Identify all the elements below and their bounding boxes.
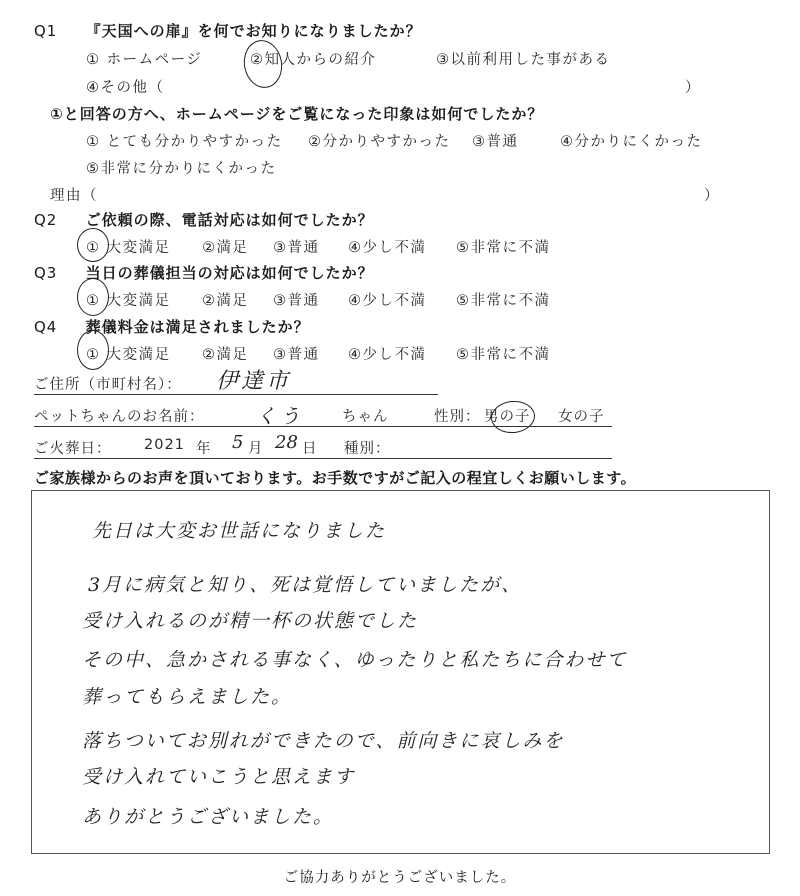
- day-value[interactable]: 28: [275, 432, 298, 453]
- type-label: 種別：: [344, 437, 391, 458]
- q2-number: Q2: [34, 211, 57, 229]
- q4-text: 葬儀料金は満足されましたか？: [86, 318, 310, 336]
- q1-reason-close: ）: [704, 184, 720, 205]
- q4-option-2[interactable]: ②満足: [202, 343, 249, 364]
- year-value[interactable]: 2021: [144, 437, 185, 453]
- q1-sub-option-4[interactable]: ④分かりにくかった: [560, 130, 703, 151]
- q2-text: ご依頼の際、電話対応は如何でしたか？: [86, 211, 374, 229]
- q1-number: Q1: [34, 22, 57, 40]
- q1-reason-label: 理由（: [50, 184, 98, 205]
- message-line-3: 受け入れるのが精一杯の状態でした: [82, 606, 418, 633]
- message-line-6: 落ちついてお別れができたので、前向きに哀しみを: [82, 726, 564, 753]
- day-label: 日: [302, 437, 318, 458]
- pet-name-suffix: ちゃん: [342, 405, 389, 426]
- q2-option-4[interactable]: ④少し不満: [348, 236, 427, 257]
- pet-name-value[interactable]: くう: [256, 400, 304, 429]
- q1-question: Q1 『天国への扉』を何でお知りになりましたか？: [34, 20, 422, 41]
- message-line-8: ありがとうございました。: [82, 802, 334, 829]
- message-line-4: その中、急かされる事なく、ゆったりと私たちに合わせて: [82, 645, 627, 672]
- gender-label: 性別：: [434, 405, 481, 426]
- cremation-date-underline: [34, 458, 612, 459]
- footer-thanks: ご協力ありがとうございました。: [0, 866, 800, 887]
- q1-selected-circle: [240, 37, 286, 91]
- pet-name-label: ペットちゃんのお名前：: [34, 405, 205, 426]
- message-line-5: 葬ってもらえました。: [82, 682, 292, 709]
- q4-option-5[interactable]: ⑤非常に不満: [456, 343, 551, 364]
- q1-sub-option-3[interactable]: ③普通: [472, 130, 519, 151]
- q4-selected-circle: [77, 330, 109, 370]
- q2-question: Q2 ご依頼の際、電話対応は如何でしたか？: [34, 209, 374, 230]
- cremation-date-label: ご火葬日：: [34, 437, 112, 458]
- q3-option-2[interactable]: ②満足: [202, 289, 249, 310]
- month-value[interactable]: 5: [232, 432, 243, 453]
- q1-sub-option-5[interactable]: ⑤非常に分かりにくかった: [86, 157, 277, 178]
- q2-option-5[interactable]: ⑤非常に不満: [456, 236, 551, 257]
- pet-name-underline: [34, 426, 612, 427]
- message-box[interactable]: [31, 490, 770, 854]
- gender-option-girl[interactable]: 女の子: [558, 405, 605, 426]
- message-line-2: 3月に病気と知り、死は覚悟していましたが、: [88, 570, 522, 597]
- q1-option-1[interactable]: ① ホームページ: [86, 48, 202, 69]
- q1-option-4-close: ）: [685, 76, 701, 97]
- q2-option-2[interactable]: ②満足: [202, 236, 249, 257]
- q3-option-4[interactable]: ④少し不満: [348, 289, 427, 310]
- q3-option-5[interactable]: ⑤非常に不満: [456, 289, 551, 310]
- q1-text: 『天国への扉』を何でお知りになりましたか？: [86, 22, 422, 40]
- address-underline: [34, 394, 438, 395]
- q1-option-4[interactable]: ④その他（: [86, 76, 165, 97]
- month-label: 月: [248, 437, 264, 458]
- q3-selected-circle: [77, 278, 109, 316]
- q3-option-3[interactable]: ③普通: [273, 289, 320, 310]
- message-line-1: 先日は大変お世話になりました: [92, 516, 386, 543]
- q3-text: 当日の葬儀担当の対応は如何でしたか？: [86, 264, 374, 282]
- address-label: ご住所（市町村名）：: [34, 373, 182, 394]
- message-prompt: ご家族様からのお声を頂いております。お手数ですがご記入の程宜しくお願いします。: [34, 467, 636, 488]
- year-label: 年: [196, 437, 212, 458]
- message-line-7: 受け入れていこうと思えます: [82, 762, 355, 789]
- q2-option-3[interactable]: ③普通: [273, 236, 320, 257]
- q1-sub-question: ①と回答の方へ、ホームページをご覧になった印象は如何でしたか？: [50, 103, 543, 124]
- q2-selected-circle: [77, 228, 109, 262]
- q3-number: Q3: [34, 264, 57, 282]
- q4-number: Q4: [34, 318, 57, 336]
- q4-option-3[interactable]: ③普通: [273, 343, 320, 364]
- q1-sub-option-2[interactable]: ②分かりやすかった: [308, 130, 451, 151]
- q1-option-3[interactable]: ③以前利用した事がある: [436, 48, 611, 69]
- address-value[interactable]: 伊達市: [216, 364, 291, 395]
- q4-question: Q4 葬儀料金は満足されましたか？: [34, 316, 310, 337]
- q4-option-4[interactable]: ④少し不満: [348, 343, 427, 364]
- q1-sub-option-1[interactable]: ① とても分かりやすかった: [86, 130, 283, 151]
